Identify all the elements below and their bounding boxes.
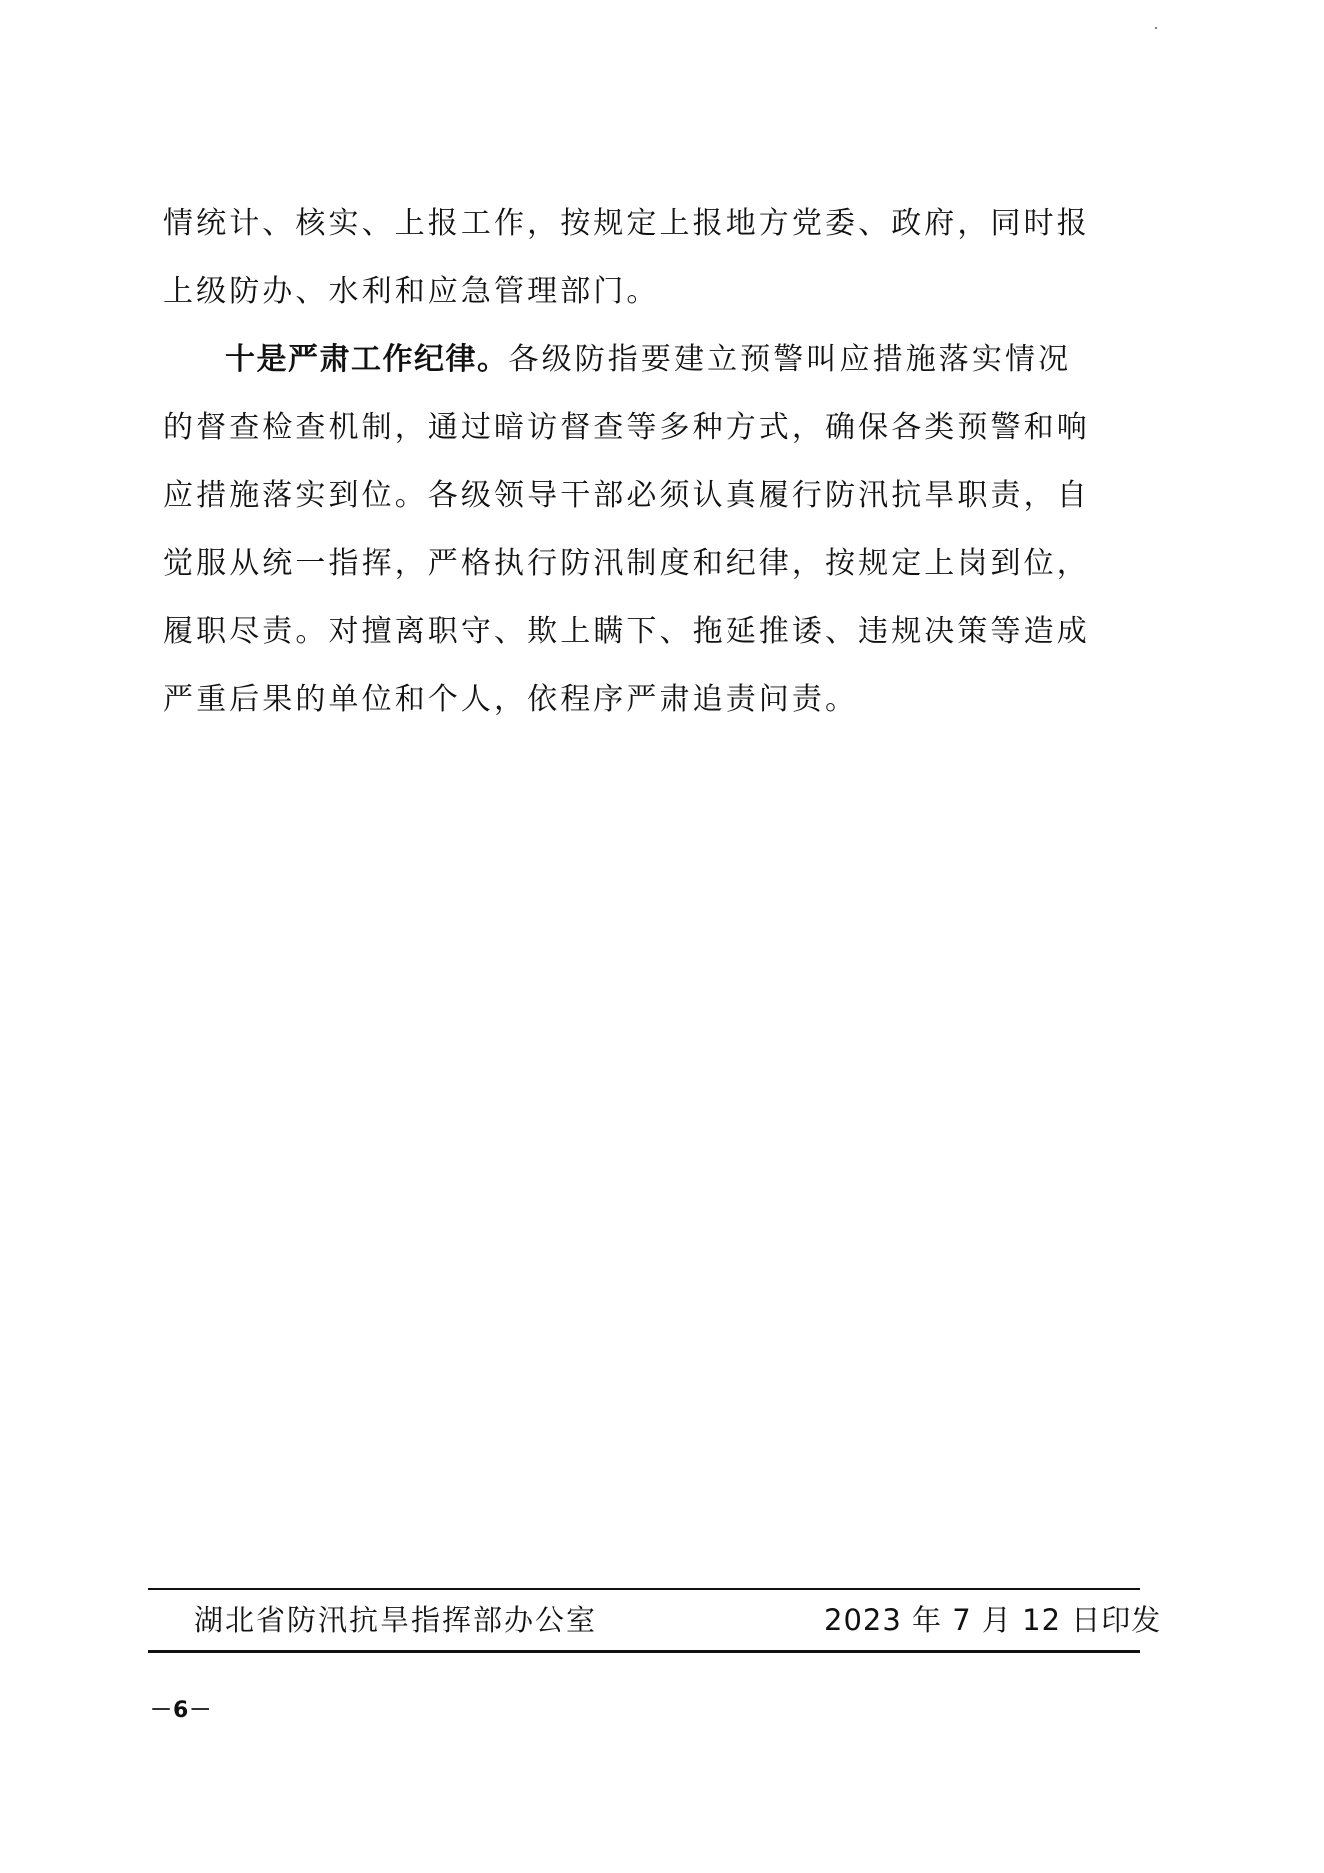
footer-issuer: 湖北省防汛抗旱指挥部办公室 bbox=[194, 1598, 597, 1642]
text-line: 的督查检查机制，通过暗访督查等多种方式，确保各类预警和响 bbox=[163, 394, 1143, 462]
text-line: 上级防办、水利和应急管理部门。 bbox=[163, 258, 1143, 326]
document-page: 情统计、核实、上报工作，按规定上报地方党委、政府，同时报 上级防办、水利和应急管… bbox=[0, 0, 1324, 1873]
footer-top-rule bbox=[148, 1588, 1140, 1590]
scan-speck bbox=[1155, 27, 1157, 29]
text-run: 各级防指要建立预警叫应措施落实情况 bbox=[509, 342, 1072, 377]
text-line: 情统计、核实、上报工作，按规定上报地方党委、政府，同时报 bbox=[163, 190, 1143, 258]
text-line: 履职尽责。对擅离职守、欺上瞒下、拖延推诿、违规决策等造成 bbox=[163, 598, 1143, 666]
footer-bottom-rule bbox=[148, 1650, 1140, 1653]
paragraph-first-line: 十是严肃工作纪律。各级防指要建立预警叫应措施落实情况 bbox=[163, 326, 1143, 394]
text-line: 应措施落实到位。各级领导干部必须认真履行防汛抗旱职责，自 bbox=[163, 462, 1143, 530]
page-number: －6－ bbox=[150, 1696, 212, 1726]
footer-print-date: 2023 年 7 月 12 日印发 bbox=[824, 1598, 1161, 1642]
section-heading: 十是严肃工作纪律。 bbox=[225, 342, 509, 377]
text-line: 严重后果的单位和个人，依程序严肃追责问责。 bbox=[163, 666, 1143, 734]
text-line: 觉服从统一指挥，严格执行防汛制度和纪律，按规定上岗到位， bbox=[163, 530, 1143, 598]
document-body: 情统计、核实、上报工作，按规定上报地方党委、政府，同时报 上级防办、水利和应急管… bbox=[163, 190, 1143, 734]
